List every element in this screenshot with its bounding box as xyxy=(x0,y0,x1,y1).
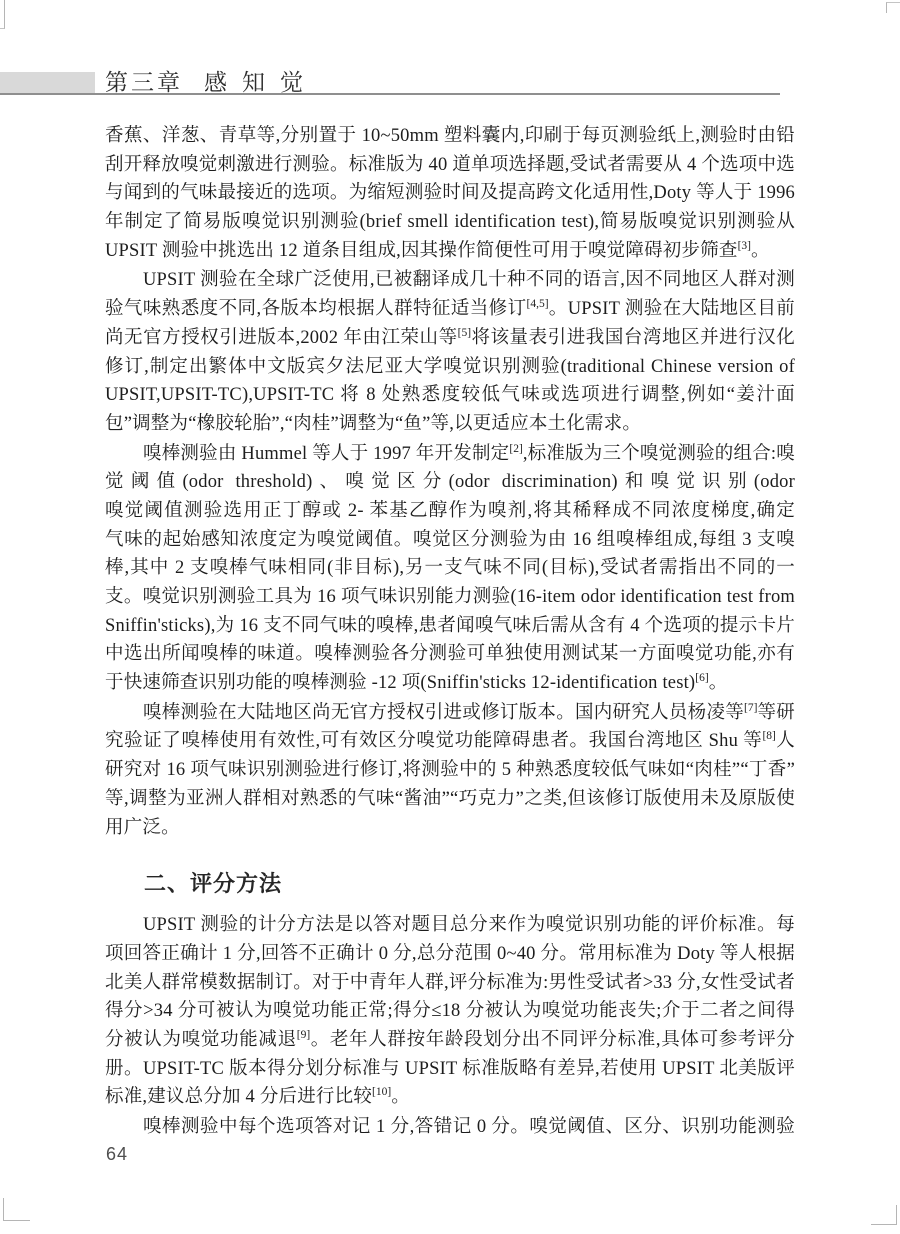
text-line: 嗅觉阈值测验选用正丁醇或 2- 苯基乙醇作为嗅剂,将其稀释成不同浓度梯度,确定 xyxy=(105,497,795,526)
text-line: 分被认为嗅觉功能减退[9]。老年人群按年龄段划分出不同评分标准,具体可参考评分手 xyxy=(105,1026,795,1055)
book-page: 第三章感知觉 香蕉、洋葱、青草等,分别置于 10~50mm 塑料囊内,印刷于每页… xyxy=(0,0,900,1234)
text-line: 册。UPSIT-TC 版本得分划分标准与 UPSIT 标准版略有差异,若使用 U… xyxy=(105,1055,795,1084)
chapter-number: 第三章 xyxy=(105,70,183,95)
text-line: 中选出所闻嗅棒的味道。嗅棒测验各分测验可单独使用测试某一方面嗅觉功能,亦有用 xyxy=(105,640,795,669)
paragraph: UPSIT 测验在全球广泛使用,已被翻译成几十种不同的语言,因不同地区人群对测验… xyxy=(105,266,795,438)
text-line: UPSIT 测验中挑选出 12 道条目组成,因其操作简便性可用于嗅觉障碍初步筛查… xyxy=(105,237,795,266)
reference-marker: [4,5] xyxy=(527,298,549,310)
body-text: 香蕉、洋葱、青草等,分别置于 10~50mm 塑料囊内,印刷于每页测验纸上,测验… xyxy=(105,122,795,1142)
paragraph: UPSIT 测验的计分方法是以答对题目总分来作为嗅觉识别功能的评价标准。每个选项… xyxy=(105,911,795,1112)
text-line: 于快速筛查识别功能的嗅棒测验 -12 项(Sniffin'sticks 12-i… xyxy=(105,669,795,698)
text-line: 香蕉、洋葱、青草等,分别置于 10~50mm 塑料囊内,印刷于每页测验纸上,测验… xyxy=(105,122,795,151)
paragraph: 嗅棒测验在大陆地区尚无官方授权引进或修订版本。国内研究人员杨凌等[7]等研究验证… xyxy=(105,699,795,842)
crop-mark-top-right xyxy=(886,2,900,13)
text-line: 研究对 16 项气味识别测验进行修订,将测验中的 5 种熟悉度较低气味如“肉桂”… xyxy=(105,756,795,785)
section-heading: 二、评分方法 xyxy=(144,867,795,891)
running-head: 第三章感知觉 xyxy=(105,64,318,94)
text-line: 尚无官方授权引进版本,2002 年由江荣山等[5]将该量表引进我国台湾地区并进行… xyxy=(105,324,795,353)
text-line: UPSIT,UPSIT-TC),UPSIT-TC 将 8 处熟悉度较低气味或选项… xyxy=(105,381,795,410)
text-line: 标准,建议总分加 4 分后进行比较[10]。 xyxy=(105,1083,795,1112)
reference-marker: [7] xyxy=(744,702,757,714)
text-line: 嗅棒测验在大陆地区尚无官方授权引进或修订版本。国内研究人员杨凌等[7]等研 xyxy=(105,699,795,728)
text-line: UPSIT 测验在全球广泛使用,已被翻译成几十种不同的语言,因不同地区人群对测 xyxy=(105,266,795,295)
text-line: 项回答正确计 1 分,回答不正确计 0 分,总分范围 0~40 分。常用标准为 … xyxy=(105,940,795,969)
text-line: 年制定了简易版嗅觉识别测验(brief smell identification… xyxy=(105,208,795,237)
paragraph: 嗅棒测验中每个选项答对记 1 分,答错记 0 分。嗅觉阈值、区分、识别功能测验单… xyxy=(105,1113,795,1142)
text-line: 棒,其中 2 支嗅棒气味相同(非目标),另一支气味不同(目标),受试者需指出不同… xyxy=(105,554,795,583)
text-line: 得分>34 分可被认为嗅觉功能正常;得分≤18 分被认为嗅觉功能丧失;介于二者之… xyxy=(105,997,795,1026)
reference-marker: [10] xyxy=(372,1086,391,1098)
text-line: 究验证了嗅棒使用有效性,可有效区分嗅觉功能障碍患者。我国台湾地区 Shu 等[8… xyxy=(105,727,795,756)
text-line: 刮开释放嗅觉刺激进行测验。标准版为 40 道单项选择题,受试者需要从 4 个选项… xyxy=(105,151,795,180)
paragraph: 嗅棒测验由 Hummel 等人于 1997 年开发制定[2],标准版为三个嗅觉测… xyxy=(105,440,795,698)
chapter-name: 感知觉 xyxy=(204,70,318,95)
crop-mark-top-left xyxy=(0,0,5,29)
text-line: 觉阈值(odor threshold)、嗅觉区分(odor discrimina… xyxy=(105,468,795,497)
crop-mark-bottom-right xyxy=(871,1205,897,1225)
reference-marker: [5] xyxy=(458,327,471,339)
reference-marker: [6] xyxy=(695,672,708,684)
text-line: 用广泛。 xyxy=(105,814,795,843)
text-line: 与闻到的气味最接近的选项。为缩短测验时间及提高跨文化适用性,Doty 等人于 1… xyxy=(105,179,795,208)
text-line: 包”调整为“橡胶轮胎”,“肉桂”调整为“鱼”等,以更适应本土化需求。 xyxy=(105,410,795,439)
text-line: 嗅棒测验中每个选项答对记 1 分,答错记 0 分。嗅觉阈值、区分、识别功能测验单… xyxy=(105,1113,795,1142)
reference-marker: [9] xyxy=(297,1029,310,1041)
text-line: 支。嗅觉识别测验工具为 16 项气味识别能力测验(16-item odor id… xyxy=(105,583,795,612)
text-line: UPSIT 测验的计分方法是以答对题目总分来作为嗅觉识别功能的评价标准。每个选 xyxy=(105,911,795,940)
reference-marker: [2] xyxy=(509,443,522,455)
text-line: 嗅棒测验由 Hummel 等人于 1997 年开发制定[2],标准版为三个嗅觉测… xyxy=(105,440,795,469)
text-line: 气味的起始感知浓度定为嗅觉阈值。嗅觉区分测验为由 16 组嗅棒组成,每组 3 支… xyxy=(105,526,795,555)
page-number: 64 xyxy=(106,1144,128,1165)
text-line: 修订,制定出繁体中文版宾夕法尼亚大学嗅觉识别测验(traditional Chi… xyxy=(105,353,795,382)
text-line: Sniffin'sticks),为 16 支不同气味的嗅棒,患者闻嗅气味后需从含… xyxy=(105,612,795,641)
text-line: 北美人群常模数据制订。对于中青年人群,评分标准为:男性受试者>33 分,女性受试… xyxy=(105,969,795,998)
crop-mark-bottom-left xyxy=(3,1198,30,1221)
chapter-marker-bar xyxy=(0,72,95,93)
text-line: 等,调整为亚洲人群相对熟悉的气味“酱油”“巧克力”之类,但该修订版使用未及原版使 xyxy=(105,785,795,814)
paragraph: 香蕉、洋葱、青草等,分别置于 10~50mm 塑料囊内,印刷于每页测验纸上,测验… xyxy=(105,122,795,265)
reference-marker: [3] xyxy=(738,240,751,252)
text-line: 验气味熟悉度不同,各版本均根据人群特征适当修订[4,5]。UPSIT 测验在大陆… xyxy=(105,295,795,324)
reference-marker: [8] xyxy=(762,730,775,742)
